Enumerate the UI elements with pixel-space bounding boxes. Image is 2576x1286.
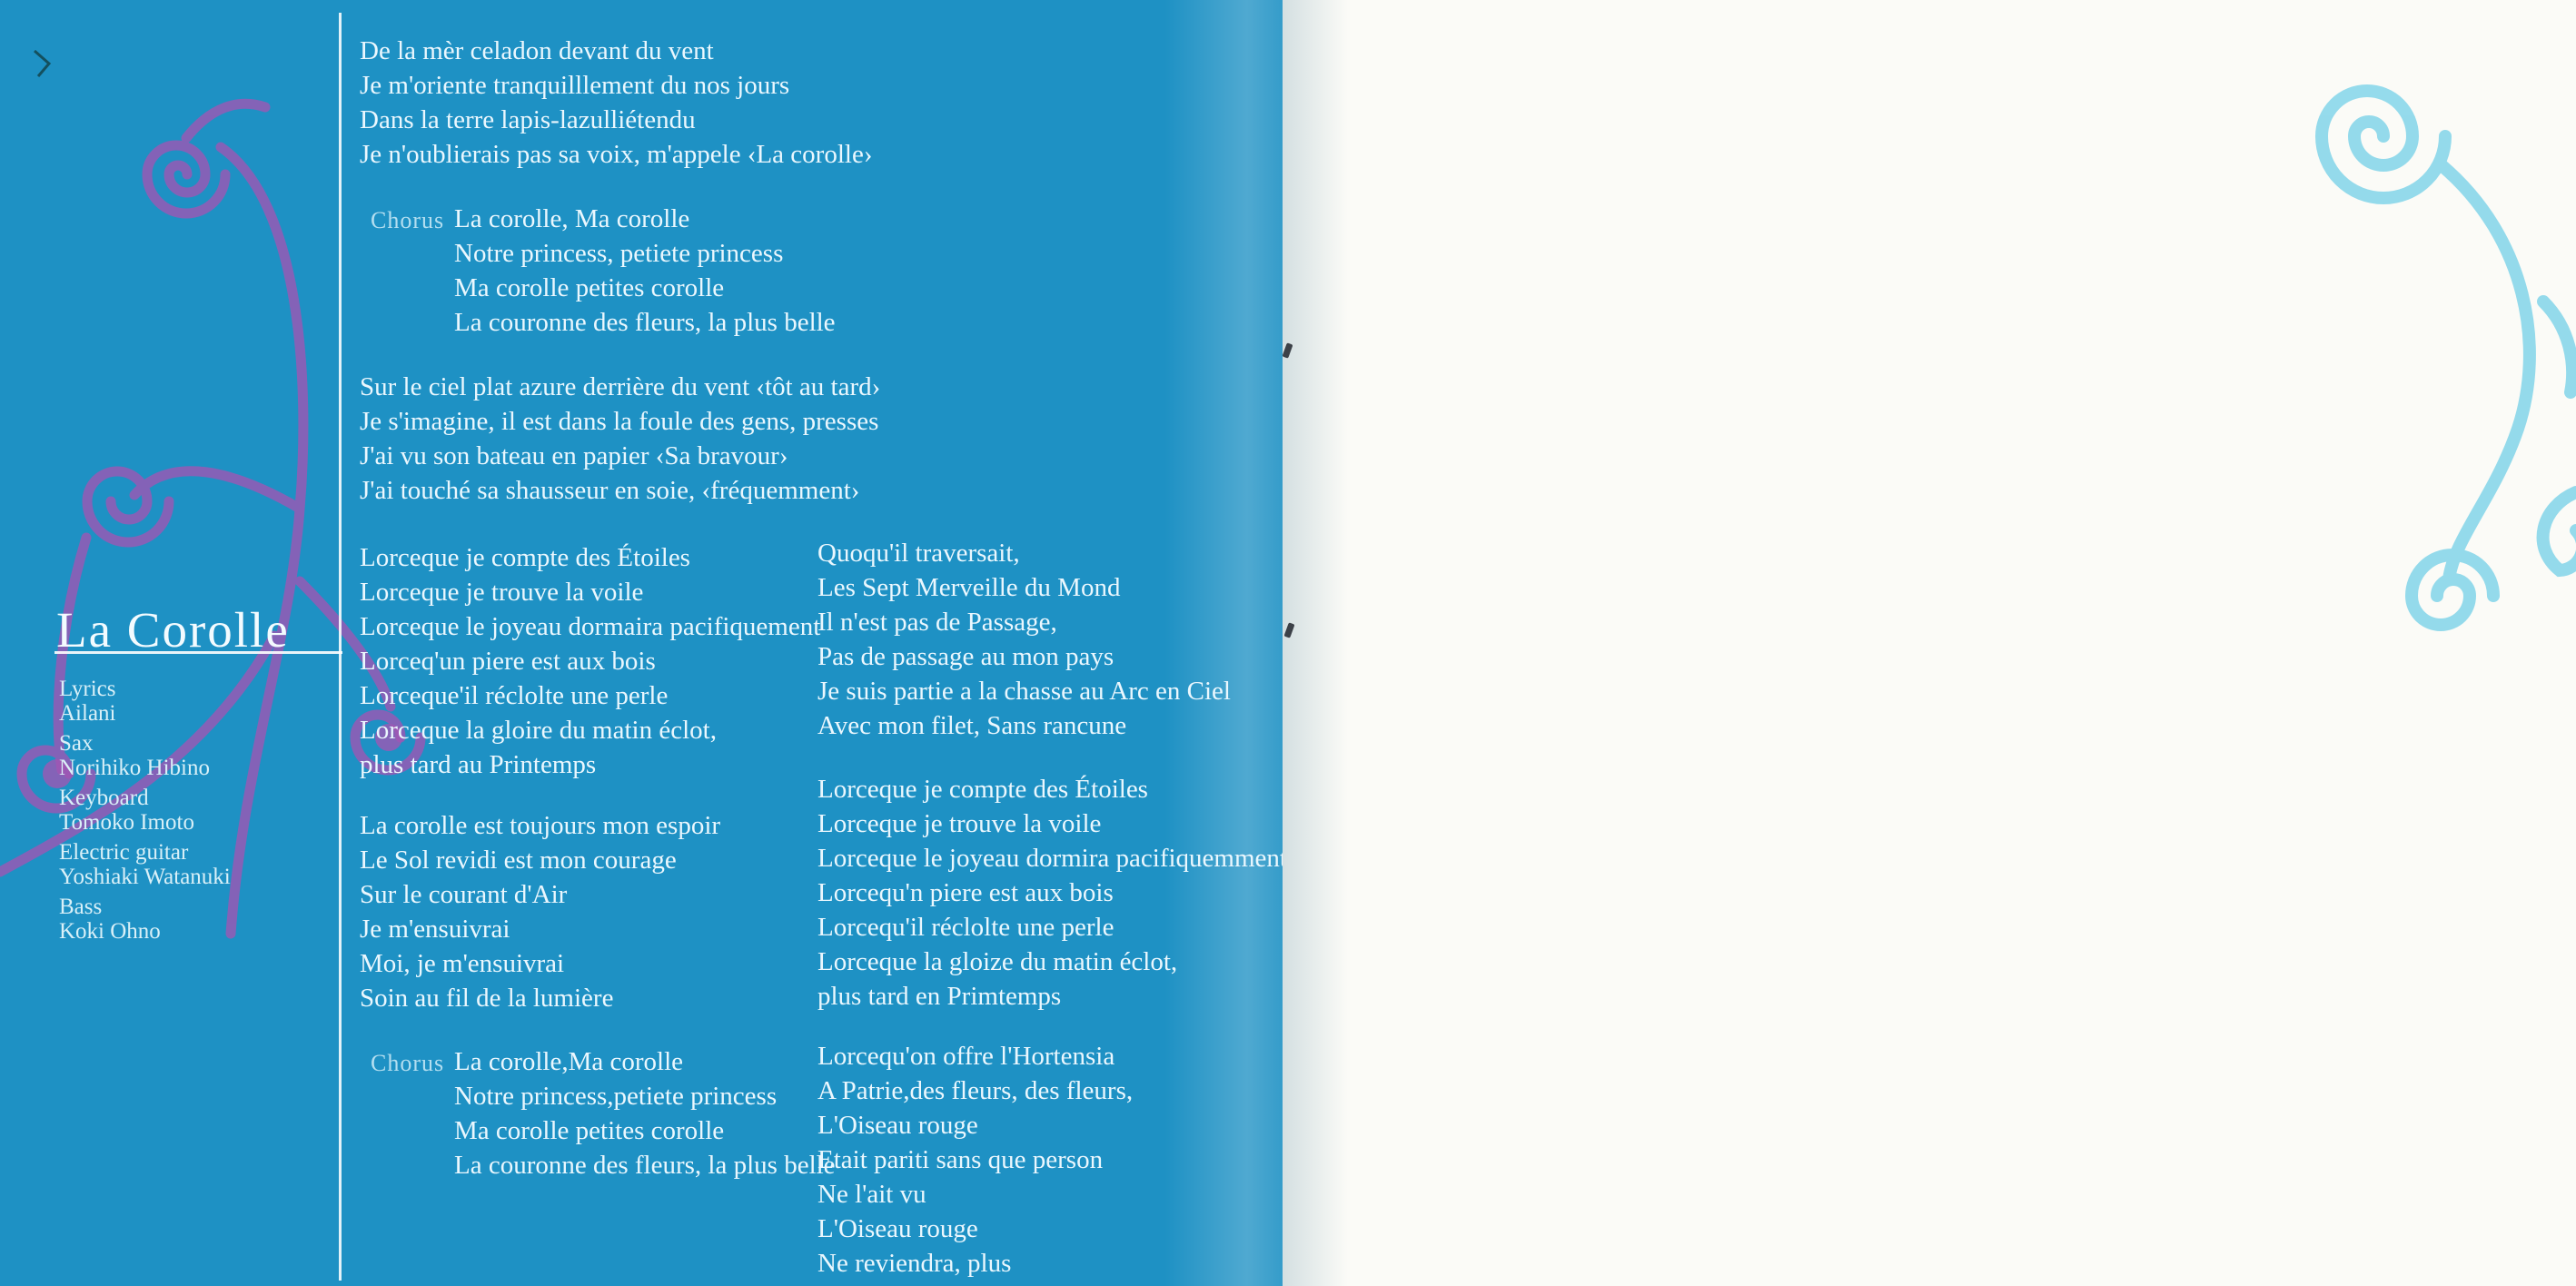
lyric-line: La couronne des fleurs, la plus belle	[454, 1148, 836, 1182]
lyric-line: Lorcequ'on offre l'Hortensia	[817, 1039, 1133, 1073]
lyric-line: La couronne des fleurs, la plus belle	[454, 305, 836, 340]
lyric-line: Notre princess, petiete princess	[454, 236, 836, 271]
credit-lyrics: Lyrics Ailani	[59, 677, 231, 726]
french-col2-stanza-1: Quoqu'il traversait,Les Sept Merveille d…	[817, 536, 1231, 743]
lyric-line: L'Oiseau rouge	[817, 1212, 1133, 1246]
lyric-line: Lorceque la gloire du matin éclot,	[360, 713, 820, 747]
lyric-line: plus tard au Printemps	[360, 747, 820, 782]
credits-list: Lyrics Ailani Sax Norihiko Hibino Keyboa…	[59, 677, 231, 949]
credit-role: Electric guitar	[59, 840, 231, 865]
cyan-flourish-ornament	[2307, 36, 2576, 672]
lyric-line: Etait pariti sans que person	[817, 1143, 1133, 1177]
lyric-line: Je m'ensuivrai	[360, 912, 720, 946]
credit-role: Keyboard	[59, 786, 231, 810]
credit-name: Koki Ohno	[59, 919, 231, 944]
lyric-line: Dans la terre lapis-lazulliétendu	[360, 103, 872, 137]
booklet-spread-scan: La Corolle Lyrics Ailani Sax Norihiko Hi…	[0, 0, 2576, 1286]
lyric-line: La corolle,Ma corolle	[454, 1044, 836, 1079]
lyric-line: Lorcequ'n piere est aux bois	[817, 875, 1283, 910]
lyric-line: Moi, je m'ensuivrai	[360, 946, 720, 981]
credit-name: Norihiko Hibino	[59, 756, 231, 780]
page-divider-rule	[339, 13, 342, 1281]
lyric-line: De la mèr celadon devant du vent	[360, 34, 872, 68]
lyric-line: Lorceque je trouve la voile	[817, 806, 1283, 841]
french-stanza-4: La corolle est toujours mon espoirLe Sol…	[360, 808, 720, 1015]
credit-sax: Sax Norihiko Hibino	[59, 731, 231, 780]
gutter-shadow	[1283, 0, 1348, 1286]
lyric-line: Je n'oublierais pas sa voix, m'appele ‹L…	[360, 137, 872, 172]
lyric-line: Avec mon filet, Sans rancune	[817, 708, 1231, 743]
chorus-lines: La corolle, Ma corolleNotre princess, pe…	[454, 202, 836, 340]
lyric-line: Lorceque'il réclolte une perle	[360, 678, 820, 713]
lyric-line: J'ai vu son bateau en papier ‹Sa bravour…	[360, 439, 880, 473]
title-underline	[54, 651, 342, 654]
chorus-lines: La corolle,Ma corolleNotre princess,peti…	[454, 1044, 836, 1182]
lyric-line: Il n'est pas de Passage,	[817, 605, 1231, 639]
lyric-line: Lorceque je trouve la voile	[360, 575, 820, 609]
lyric-line: L'Oiseau rouge	[817, 1108, 1133, 1143]
lyric-line: Ne reviendra, plus	[817, 1246, 1133, 1281]
credit-role: Sax	[59, 731, 231, 756]
lyric-line: Lorceque je compte des Étoiles	[817, 772, 1283, 806]
lyric-line: Ne l'ait vu	[817, 1177, 1133, 1212]
lyric-line: Quoqu'il traversait,	[817, 536, 1231, 570]
lyric-line: Lorceq'un piere est aux bois	[360, 644, 820, 678]
lyric-line: La corolle est toujours mon espoir	[360, 808, 720, 843]
lyric-line: Lorceque le joyeau dormira pacifiquemmen…	[817, 841, 1283, 875]
song-title: La Corolle	[56, 601, 290, 658]
right-page: 風の向かい側の淡い緑の海私はここから始まる 静かに 今日瑠璃の張りつめられた土の…	[1283, 0, 2576, 1286]
credit-keyboard: Keyboard Tomoko Imoto	[59, 786, 231, 835]
credit-bass: Bass Koki Ohno	[59, 895, 231, 944]
chorus-label: Chorus	[371, 1044, 454, 1081]
scan-corner-mark	[29, 47, 60, 84]
credit-electric-guitar: Electric guitar Yoshiaki Watanuki	[59, 840, 231, 889]
lyric-line: La corolle, Ma corolle	[454, 202, 836, 236]
french-stanza-2: Sur le ciel plat azure derrière du vent …	[360, 370, 880, 508]
lyric-line: Lorceque la gloize du matin éclot,	[817, 945, 1283, 979]
lyric-line: Sur le courant d'Air	[360, 877, 720, 912]
lyric-line: Lorcequ'il réclolte une perle	[817, 910, 1283, 945]
lyric-line: Lorceque je compte des Étoiles	[360, 540, 820, 575]
french-stanza-1: De la mèr celadon devant du ventJe m'ori…	[360, 34, 872, 172]
chorus-label: Chorus	[371, 202, 454, 238]
lyric-line: Ma corolle petites corolle	[454, 271, 836, 305]
credit-name: Ailani	[59, 701, 231, 726]
french-chorus-1: Chorus La corolle, Ma corolleNotre princ…	[371, 202, 836, 340]
lyric-line: J'ai touché sa shausseur en soie, ‹fréqu…	[360, 473, 880, 508]
french-col2-stanza-2: Lorceque je compte des ÉtoilesLorceque j…	[817, 772, 1283, 1014]
lyric-line: Je s'imagine, il est dans la foule des g…	[360, 404, 880, 439]
lyric-line: Soin au fil de la lumière	[360, 981, 720, 1015]
lyric-line: Ma corolle petites corolle	[454, 1113, 836, 1148]
credit-name: Tomoko Imoto	[59, 810, 231, 835]
lyric-line: A Patrie,des fleurs, des fleurs,	[817, 1073, 1133, 1108]
credit-role: Bass	[59, 895, 231, 919]
french-chorus-2: Chorus La corolle,Ma corolleNotre prince…	[371, 1044, 836, 1182]
lyric-line: Je suis partie a la chasse au Arc en Cie…	[817, 674, 1231, 708]
french-col2-stanza-3: Lorcequ'on offre l'HortensiaA Patrie,des…	[817, 1039, 1133, 1281]
lyric-line: Lorceque le joyeau dormaira pacifiquemen…	[360, 609, 820, 644]
left-page: La Corolle Lyrics Ailani Sax Norihiko Hi…	[0, 0, 1283, 1286]
lyric-line: Je m'oriente tranquilllement du nos jour…	[360, 68, 872, 103]
lyric-line: Pas de passage au mon pays	[817, 639, 1231, 674]
lyric-line: Les Sept Merveille du Mond	[817, 570, 1231, 605]
credit-role: Lyrics	[59, 677, 231, 701]
lyric-line: Sur le ciel plat azure derrière du vent …	[360, 370, 880, 404]
credit-name: Yoshiaki Watanuki	[59, 865, 231, 889]
lyric-line: Notre princess,petiete princess	[454, 1079, 836, 1113]
lyric-line: plus tard en Primtemps	[817, 979, 1283, 1014]
french-stanza-3: Lorceque je compte des ÉtoilesLorceque j…	[360, 540, 820, 782]
lyric-line: Le Sol revidi est mon courage	[360, 843, 720, 877]
